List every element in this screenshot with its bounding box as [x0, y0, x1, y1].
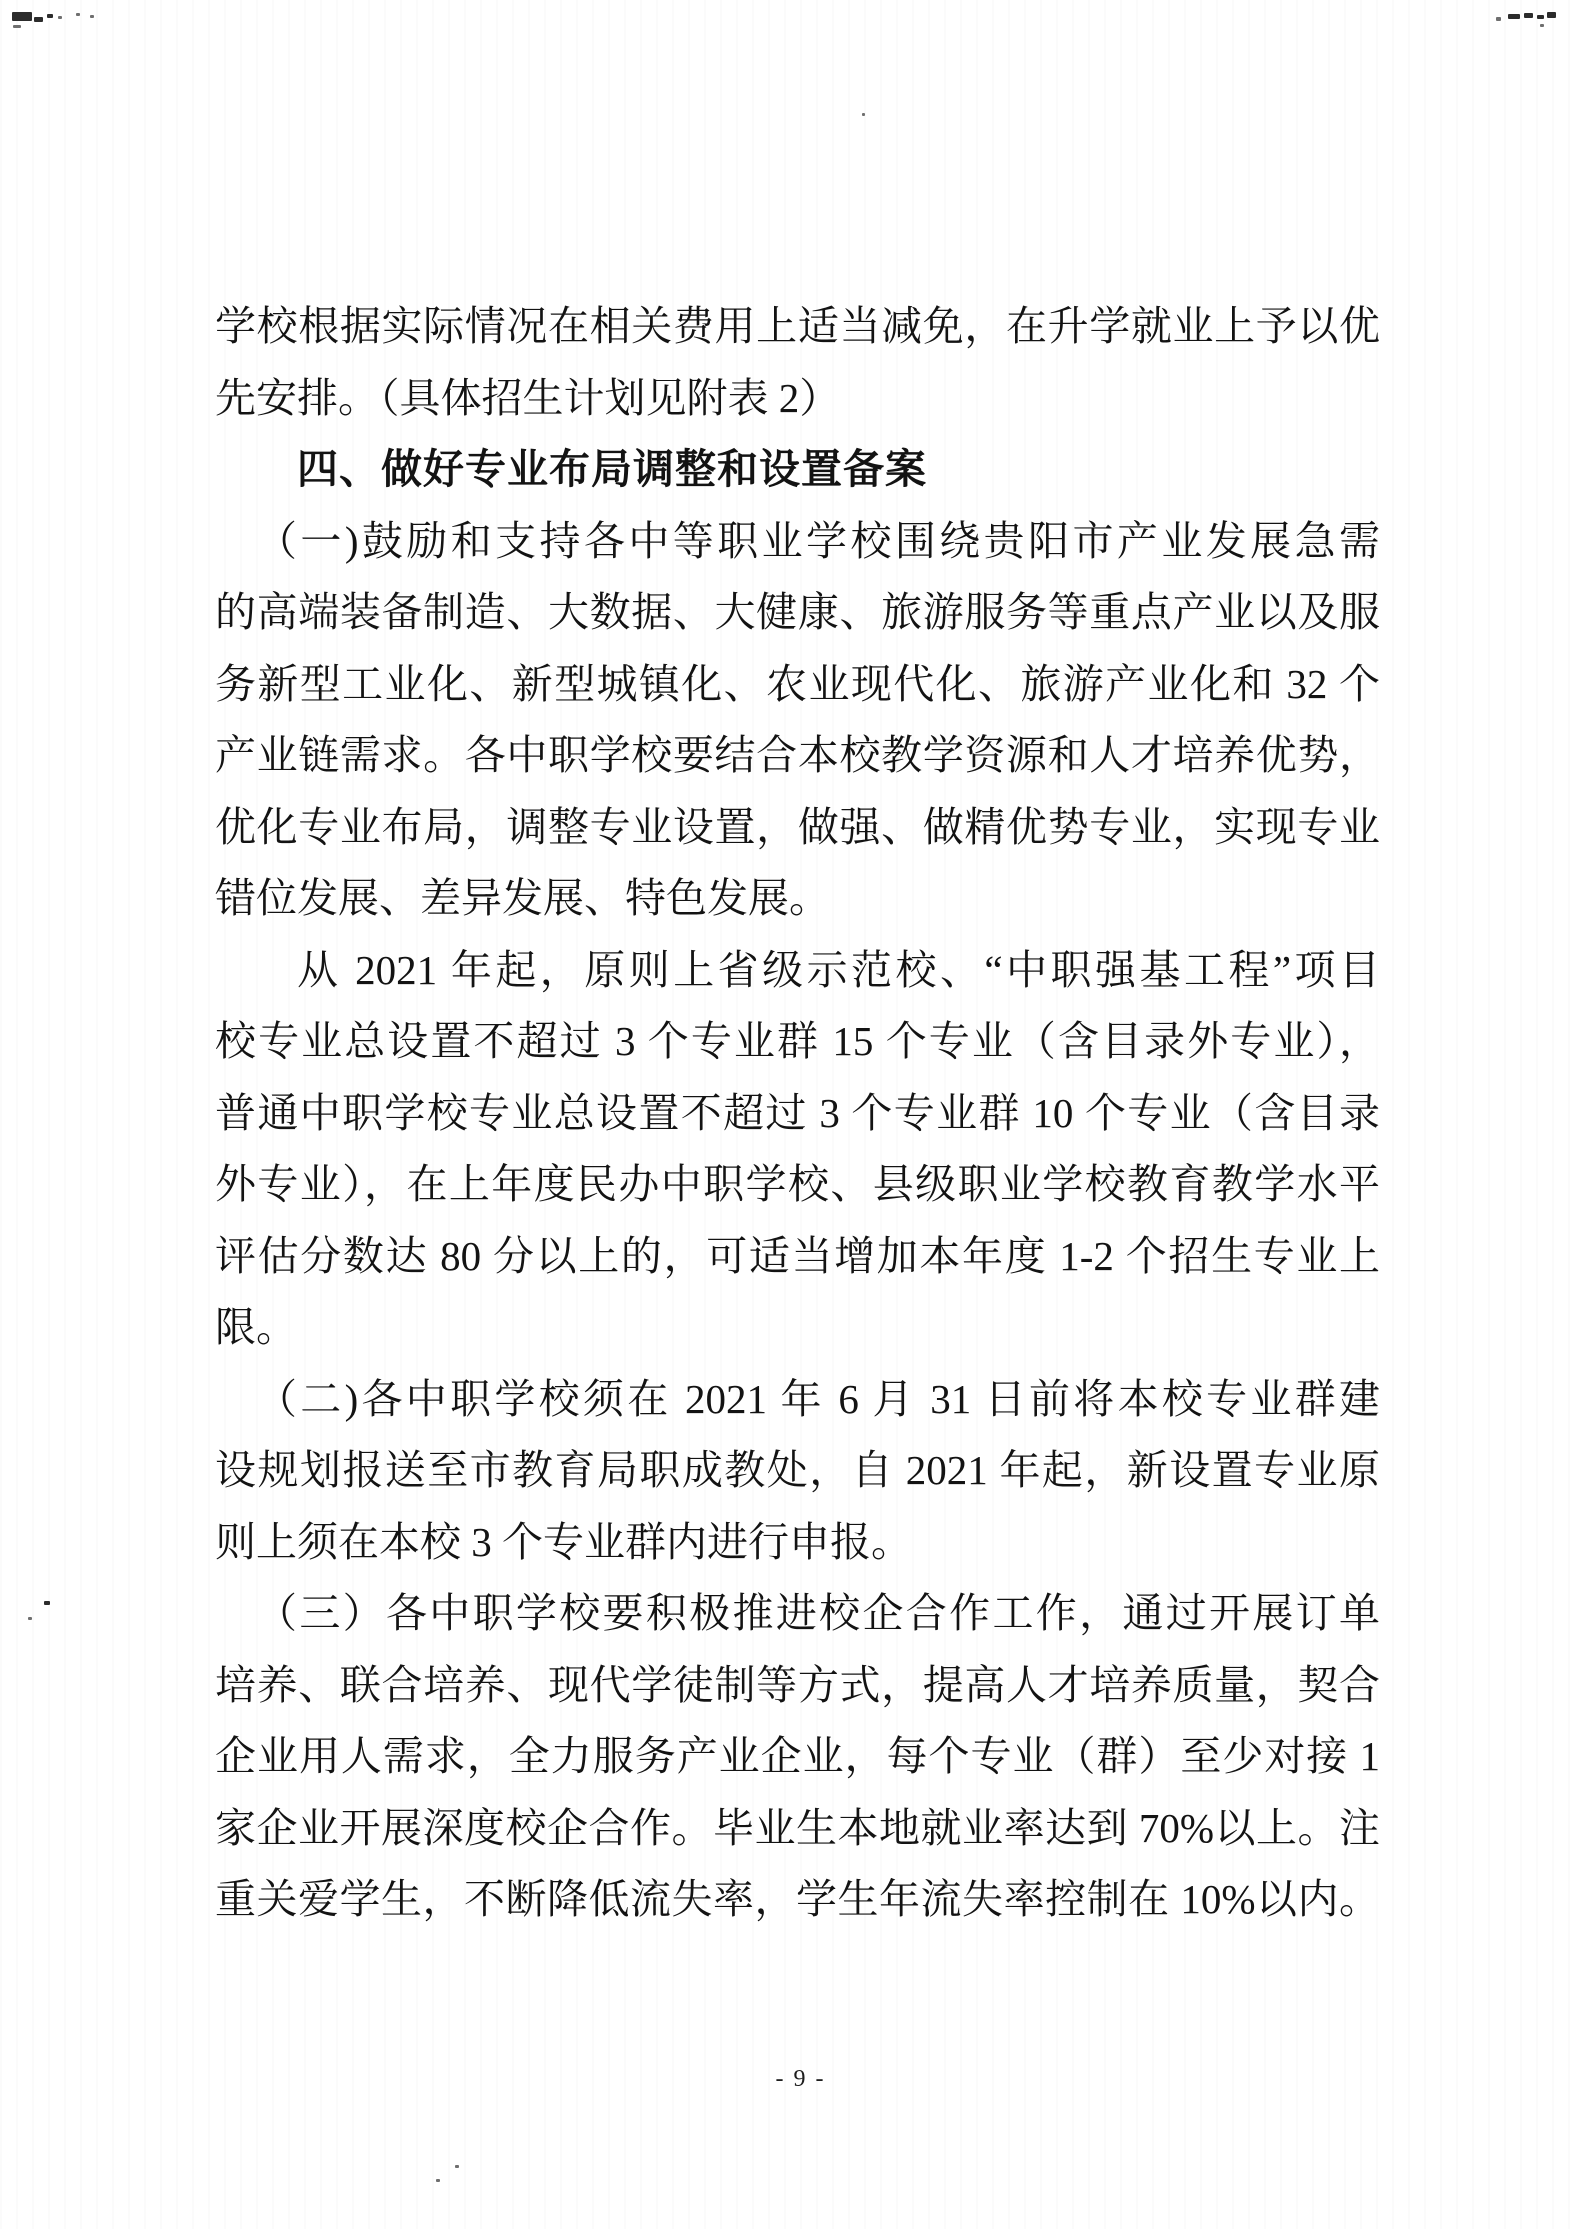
text-line: 的高端装备制造、大数据、大健康、旅游服务等重点产业以及服 [215, 577, 1380, 649]
text-line: 企业用人需求，全力服务产业企业，每个专业（群）至少对接 1 [215, 1721, 1380, 1793]
text-line: 培养、联合培养、现代学徒制等方式，提高人才培养质量，契合 [215, 1650, 1380, 1722]
text-line: 限。 [215, 1292, 1380, 1364]
section-heading: 四、做好专业布局调整和设置备案 [215, 434, 1380, 506]
text-line: 重关爱学生，不断降低流失率，学生年流失率控制在 10%以内。 [215, 1864, 1380, 1936]
body-text: 学校根据实际情况在相关费用上适当减免，在升学就业上予以优 先安排。（具体招生计划… [215, 291, 1380, 1936]
text-line: （二)各中职学校须在 2021 年 6 月 31 日前将本校专业群建 [215, 1364, 1380, 1436]
text-line: 外专业），在上年度民办中职学校、县级职业学校教育教学水平 [215, 1149, 1380, 1221]
text-line: 校专业总设置不超过 3 个专业群 15 个专业（含目录外专业）， [215, 1006, 1380, 1078]
text-line: 家企业开展深度校企合作。毕业生本地就业率达到 70%以上。注 [215, 1793, 1380, 1865]
text-line: 产业链需求。各中职学校要结合本校教学资源和人才培养优势， [215, 720, 1380, 792]
text-line: 从 2021 年起，原则上省级示范校、“中职强基工程”项目 [215, 935, 1380, 1007]
text-line: 优化专业布局，调整专业设置，做强、做精优势专业，实现专业 [215, 792, 1380, 864]
text-line: 务新型工业化、新型城镇化、农业现代化、旅游产业化和 32 个 [215, 649, 1380, 721]
text-line: （一)鼓励和支持各中等职业学校围绕贵阳市产业发展急需 [215, 506, 1380, 578]
text-line: 普通中职学校专业总设置不超过 3 个专业群 10 个专业（含目录 [215, 1078, 1380, 1150]
document-page: 学校根据实际情况在相关费用上适当减免，在升学就业上予以优 先安排。（具体招生计划… [0, 0, 1581, 2229]
text-line: 先安排。（具体招生计划见附表 2） [215, 363, 1380, 435]
text-line: 设规划报送至市教育局职成教处，自 2021 年起，新设置专业原 [215, 1435, 1380, 1507]
text-line: 错位发展、差异发展、特色发展。 [215, 863, 1380, 935]
text-line: 学校根据实际情况在相关费用上适当减免，在升学就业上予以优 [215, 291, 1380, 363]
page-number: - 9 - [10, 2064, 1581, 2094]
text-line: 则上须在本校 3 个专业群内进行申报。 [215, 1507, 1380, 1579]
text-line: 评估分数达 80 分以上的，可适当增加本年度 1-2 个招生专业上 [215, 1221, 1380, 1293]
text-line: （三）各中职学校要积极推进校企合作工作，通过开展订单 [215, 1578, 1380, 1650]
